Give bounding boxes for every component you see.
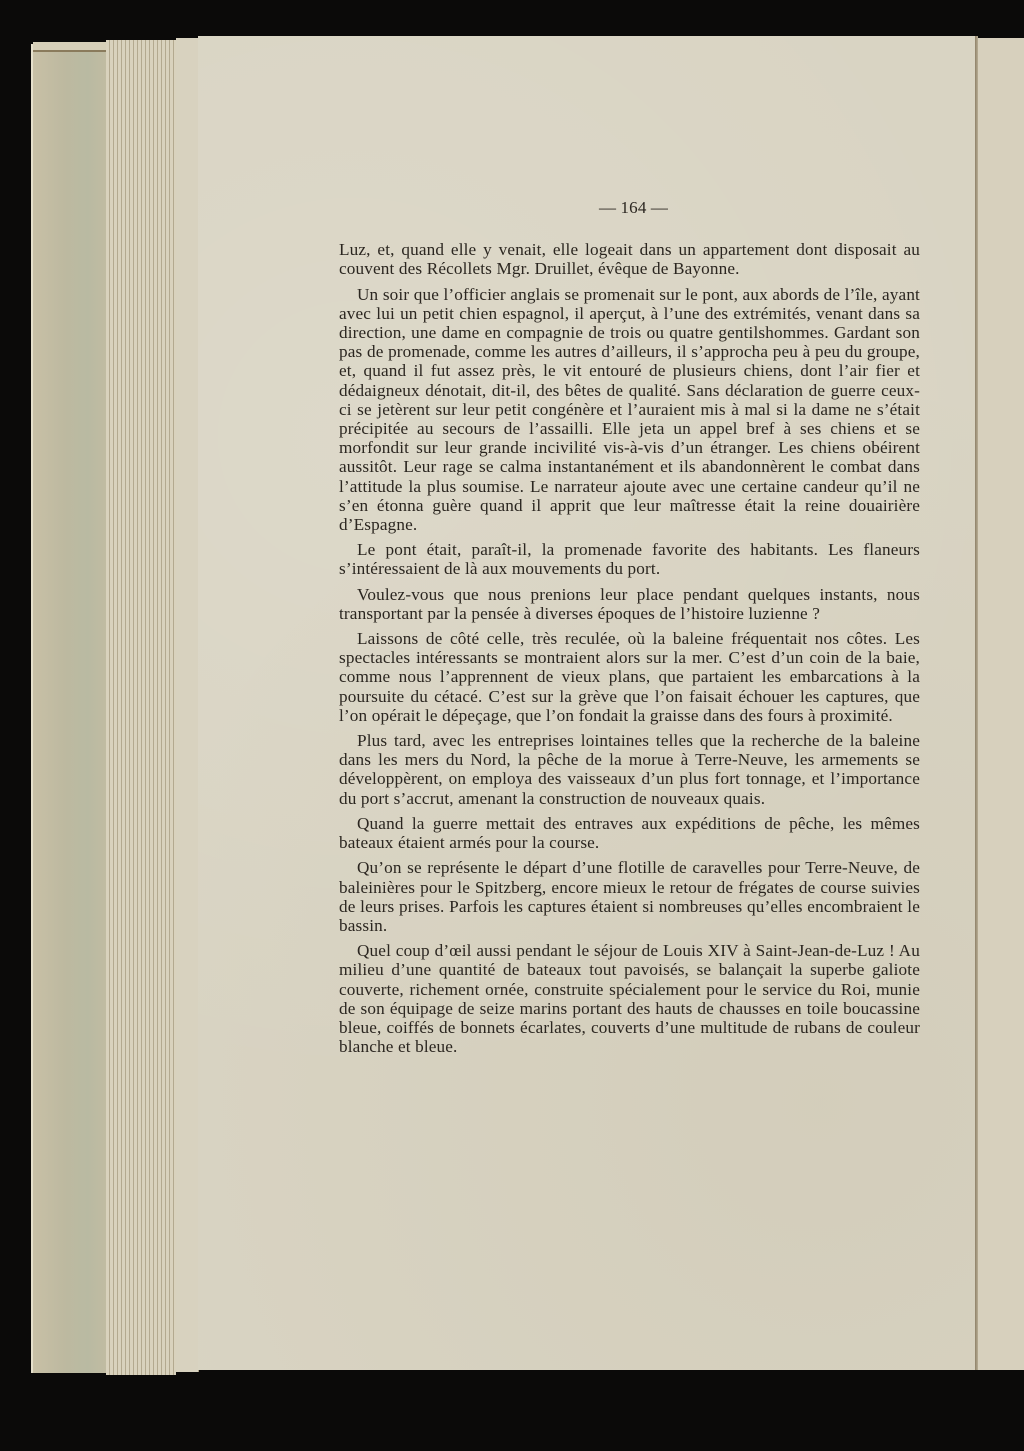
paragraph: Voulez-vous que nous prenions leur place… bbox=[339, 585, 920, 623]
page-text-block: — 164 — Luz, et, quand elle y venait, el… bbox=[339, 198, 920, 1056]
paragraph: Quand la guerre mettait des entraves aux… bbox=[339, 814, 920, 852]
book-scan: — 164 — Luz, et, quand elle y venait, el… bbox=[0, 0, 1024, 1451]
paragraph: Luz, et, quand elle y venait, elle logea… bbox=[339, 240, 920, 278]
paragraph: Quel coup d’œil aussi pendant le séjour … bbox=[339, 941, 920, 1056]
page-edges-stack bbox=[106, 40, 176, 1375]
page-edge-strip bbox=[176, 38, 199, 1372]
paragraph: Qu’on se représente le départ d’une flot… bbox=[339, 858, 920, 935]
paragraph: Plus tard, avec les entreprises lointain… bbox=[339, 731, 920, 808]
page-number: — 164 — bbox=[339, 198, 920, 217]
facing-page-edge bbox=[978, 38, 1024, 1370]
paragraph: Un soir que l’officier anglais se promen… bbox=[339, 285, 920, 535]
paragraph: Le pont était, paraît-il, la promenade f… bbox=[339, 540, 920, 578]
paragraph: Laissons de côté celle, très reculée, où… bbox=[339, 629, 920, 725]
book-cover-edge bbox=[31, 44, 111, 1373]
